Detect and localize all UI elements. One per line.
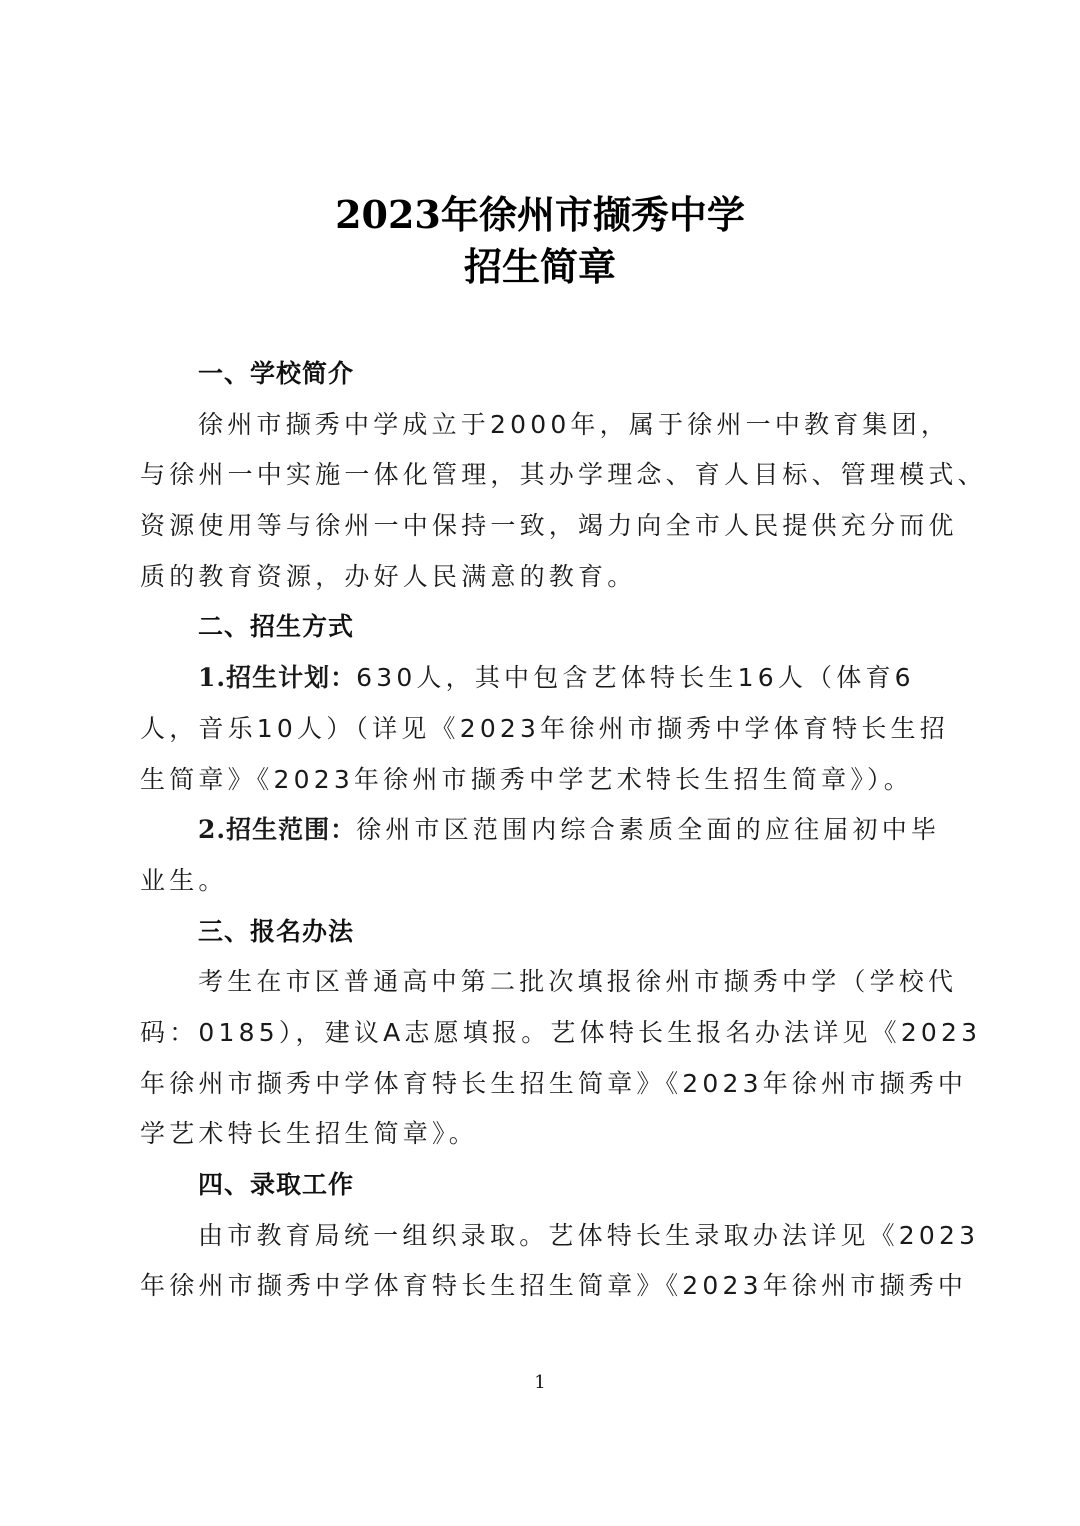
- document-page: 2023年徐州市撷秀中学 招生简章 一、学校简介 徐州市撷秀中学成立于2000年…: [0, 0, 1080, 1526]
- paragraph-line: 质的教育资源，办好人民满意的教育。: [140, 552, 940, 603]
- section-heading-admission: 四、录取工作: [140, 1160, 940, 1211]
- paragraph-line: 年徐州市撷秀中学体育特长生招生简章》《2023年徐州市撷秀中: [140, 1059, 940, 1110]
- enrollment-plan-line: 1.招生计划：630人，其中包含艺体特长生16人（体育6: [140, 653, 940, 704]
- paragraph-line: 业生。: [140, 856, 940, 907]
- paragraph-line: 考生在市区普通高中第二批次填报徐州市撷秀中学（学校代: [140, 957, 940, 1008]
- paragraph-line: 生简章》《2023年徐州市撷秀中学艺术特长生招生简章》）。: [140, 755, 940, 806]
- paragraph-line: 年徐州市撷秀中学体育特长生招生简章》《2023年徐州市撷秀中: [140, 1261, 940, 1312]
- paragraph-line: 学艺术特长生招生简章》。: [140, 1109, 940, 1160]
- paragraph-line: 资源使用等与徐州一中保持一致，竭力向全市人民提供充分而优: [140, 501, 940, 552]
- paragraph-line: 与徐州一中实施一体化管理，其办学理念、育人目标、管理模式、: [140, 450, 940, 501]
- enrollment-scope-text: 徐州市区范围内综合素质全面的应往届初中毕: [356, 815, 940, 844]
- page-number: 1: [530, 1372, 550, 1393]
- document-body: 一、学校简介 徐州市撷秀中学成立于2000年，属于徐州一中教育集团， 与徐州一中…: [140, 349, 940, 1312]
- enrollment-plan-text: 630人，其中包含艺体特长生16人（体育6: [356, 663, 915, 692]
- enrollment-plan-label: 1.招生计划：: [198, 663, 356, 692]
- enrollment-scope-line: 2.招生范围：徐州市区范围内综合素质全面的应往届初中毕: [140, 805, 940, 856]
- document-title: 2023年徐州市撷秀中学 招生简章: [0, 190, 1080, 292]
- paragraph-line: 码：0185），建议A志愿填报。艺体特长生报名办法详见《2023: [140, 1008, 940, 1059]
- section-heading-school-intro: 一、学校简介: [140, 349, 940, 400]
- title-line-2: 招生简章: [0, 242, 1080, 292]
- section-heading-registration: 三、报名办法: [140, 907, 940, 958]
- paragraph-line: 由市教育局统一组织录取。艺体特长生录取办法详见《2023: [140, 1211, 940, 1262]
- paragraph-line: 徐州市撷秀中学成立于2000年，属于徐州一中教育集团，: [140, 400, 940, 451]
- enrollment-scope-label: 2.招生范围：: [198, 815, 356, 844]
- paragraph-line: 人，音乐10人）（详见《2023年徐州市撷秀中学体育特长生招: [140, 704, 940, 755]
- section-heading-enrollment-method: 二、招生方式: [140, 602, 940, 653]
- title-line-1: 2023年徐州市撷秀中学: [0, 190, 1080, 240]
